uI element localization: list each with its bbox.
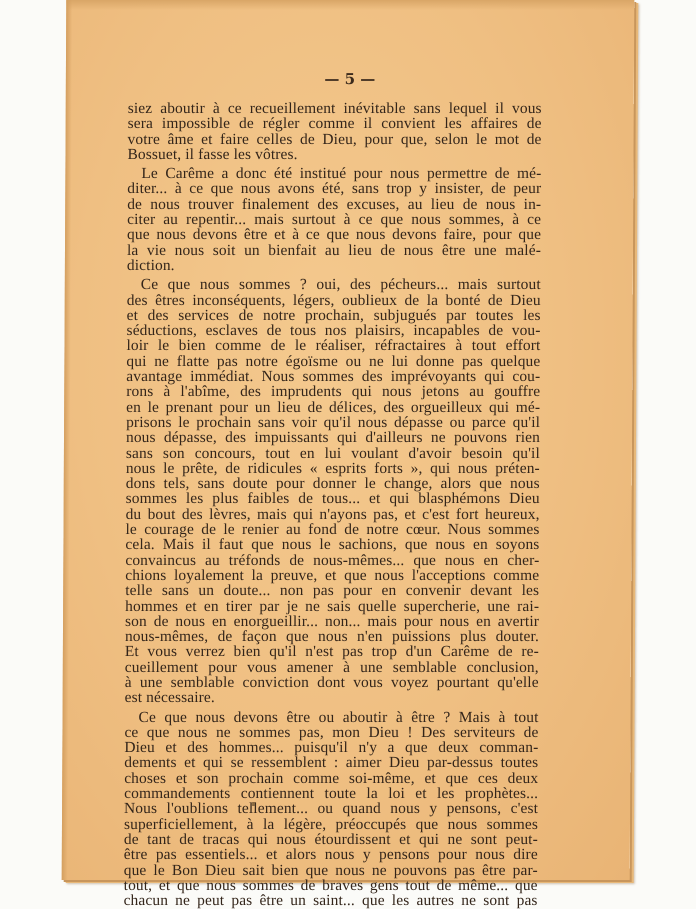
text-line: Ce que nous sommes ? oui, des pécheurs..… [127,277,541,292]
page-number: — 5 — [66,70,634,88]
text-line: nous-mêmes, de façon que nous n'en puiss… [125,629,539,644]
text-line: telle sans un doute... non pas pour en c… [125,583,539,598]
text-line: son de nous en enorgueillir... non... ma… [125,614,539,629]
text-line: chacun ne peut pas être un saint... que … [124,893,538,903]
text-line: rons à l'abîme, des imprudents qui nous … [126,384,540,399]
text-line: sera impossible de régler comme il convi… [128,116,542,131]
text-line: choses et son prochain comme soi-même, e… [124,771,538,786]
text-line: qui ne flatte pas notre égoïsme ou ne lu… [126,354,540,369]
text-line: le courage de le renier au fond de notre… [125,522,539,537]
text-line: de tant de tracas qui nous étourdissent … [124,832,538,847]
text-line: des êtres inconséquents, légers, oublieu… [127,293,541,308]
text-line: Ce que nous devons être ou aboutir à êtr… [125,710,539,725]
text-line: la vie nous soit un bienfait au lieu de … [127,243,541,258]
text-line: Et vous verrez bien qu'il n'est pas trop… [125,644,539,659]
text-line: de nous trouver finalement des excuses, … [127,197,541,212]
text-line: tout, et que nous sommes de braves gens … [124,878,538,893]
text-line: est nécessaire. [125,690,539,705]
text-line: à une semblable conviction dont vous voy… [125,675,539,690]
text-line: sans son concours, tout en lui voulant d… [126,446,540,461]
text-line: que nous devons être et à ce que nous de… [127,227,541,242]
text-line: diction. [127,258,541,273]
paper-blemish [252,802,255,806]
text-line: siez aboutir à ce recueillement inévitab… [128,101,542,116]
body-text: siez aboutir à ce recueillement inévitab… [124,101,542,903]
paragraph: siez aboutir à ce recueillement inévitab… [127,101,541,162]
text-line: et des services de notre prochain, subju… [127,308,541,323]
text-line: séductions, esclaves de tous nos plaisir… [127,323,541,338]
text-line: convaincus au tréfonds de nous-mêmes... … [125,553,539,568]
text-line: dements et qui se ressemblent : aimer Di… [124,755,538,770]
text-line: cueillement pour vous amener à une sembl… [125,660,539,675]
text-line: superficiellement, à la légère, préoccup… [124,817,538,832]
text-line: du bout des lèvres, mais qui n'ayons pas… [126,507,540,522]
text-line: cela. Mais il faut que nous le sachions,… [125,537,539,552]
text-line: en le prenant pour un lieu de délices, d… [126,400,540,415]
text-line: Le Carême a donc été institué pour nous … [127,166,541,181]
text-line: prisons le prochain sans voir qu'il nous… [126,415,540,430]
text-line: nous dépasse, des impuissants qui d'aill… [126,430,540,445]
text-line: loir le bien comme de le réaliser, réfra… [126,338,540,353]
text-line: Dieu et des hommes... puisqu'il n'y a qu… [124,740,538,755]
text-line: ce que nous ne sommes pas, mon Dieu ! De… [124,725,538,740]
text-line: commandements contiennent toute la loi e… [124,786,538,801]
paragraph: Ce que nous devons être ou aboutir à êtr… [124,710,539,903]
text-line: diter... à ce que nous avons été, sans t… [127,181,541,196]
text-line: nous le prête, de ridicules « esprits fo… [126,461,540,476]
paragraph: Ce que nous sommes ? oui, des pécheurs..… [125,277,541,705]
text-line: que le Bon Dieu sait bien que nous ne po… [124,863,538,878]
text-line: Nous l'oublions tellement... ou quand no… [124,801,538,816]
text-line: chions loyalement la preuve, et que nous… [125,568,539,583]
text-line: dons tels, sans doute pour donner le cha… [126,476,540,491]
text-line: avantage immédiat. Nous sommes des impré… [126,369,540,384]
text-line: hommes et en tirer par je ne sais quelle… [125,599,539,614]
paragraph: Le Carême a donc été institué pour nous … [127,166,542,273]
scanned-page: — 5 — siez aboutir à ce recueillement in… [62,0,635,880]
text-line: votre âme et faire celles de Dieu, pour … [128,132,542,147]
text-line: Bossuet, il fasse les vôtres. [127,147,541,162]
text-line: être pas essentiels... et alors nous y p… [124,847,538,862]
text-line: citer au repentir... mais surtout à ce q… [127,212,541,227]
text-line: sommes les plus faibles de tous... et qu… [126,491,540,506]
